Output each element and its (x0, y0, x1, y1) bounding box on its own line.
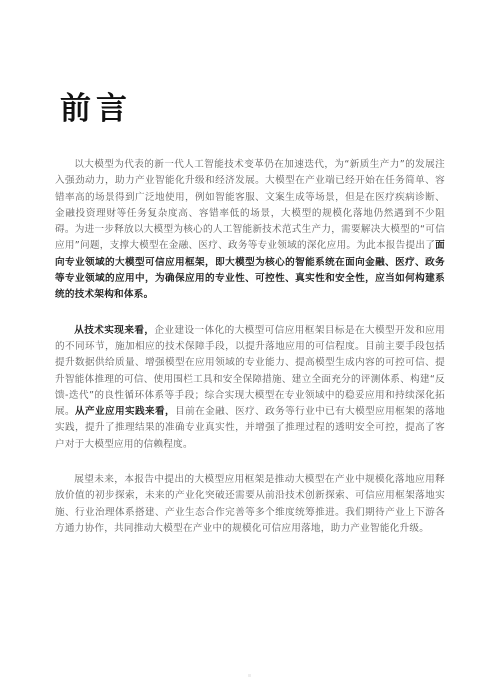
outlook-text: 展望未来，本报告中提出的大模型应用框架是推动大模型在产业中规模化落地应用释放价值… (55, 474, 445, 534)
page-footer-mark (248, 674, 251, 677)
technical-lead-in: 从技术实现来看， (74, 325, 154, 336)
page-title: 前言 (60, 94, 132, 125)
technical-text: 企业建设一体化的大模型可信应用框架目标是在大模型开发和应用的不同环节，施加相应的… (55, 325, 445, 417)
preface-body: 以大模型为代表的新一代人工智能技术变革仍在加速迭代，为“新质生产力”的发展注入强… (55, 157, 445, 556)
paragraph-outlook: 展望未来，本报告中提出的大模型应用框架是推动大模型在产业中规模化落地应用释放价值… (55, 472, 445, 537)
industry-lead-in: 从产业应用实践来看， (75, 406, 175, 417)
intro-text: 以大模型为代表的新一代人工智能技术变革仍在加速迭代，为“新质生产力”的发展注入强… (55, 159, 445, 251)
paragraph-technical-practice: 从技术实现来看，企业建设一体化的大模型可信应用框架目标是在大模型开发和应用的不同… (55, 323, 445, 453)
paragraph-intro: 以大模型为代表的新一代人工智能技术变革仍在加速迭代，为“新质生产力”的发展注入强… (55, 157, 445, 304)
